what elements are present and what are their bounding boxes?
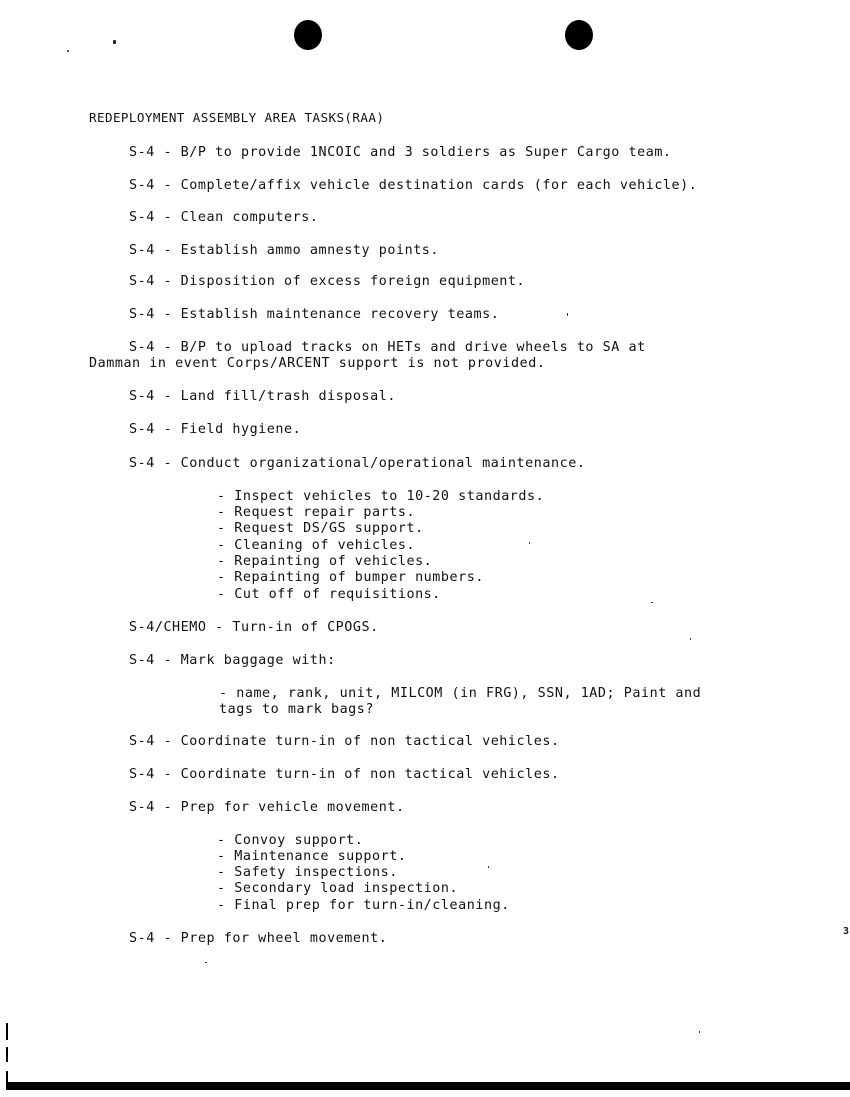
task-item: S-4 - Establish ammo amnesty points. [129, 243, 439, 259]
subtask-item: - Inspect vehicles to 10-20 standards. [217, 489, 544, 505]
punch-hole-right [565, 20, 593, 50]
task-item-continuation: Damman in event Corps/ARCENT support is … [89, 356, 545, 372]
task-item: S-4/CHEMO - Turn-in of CPOGS. [129, 620, 379, 636]
scan-speck [567, 313, 568, 316]
task-item: S-4 - Establish maintenance recovery tea… [129, 307, 499, 323]
task-item: S-4 - Prep for wheel movement. [129, 931, 387, 947]
task-item: S-4 - Coordinate turn-in of non tactical… [129, 734, 560, 750]
document-title: REDEPLOYMENT ASSEMBLY AREA TASKS(RAA) [89, 110, 384, 126]
scan-speck [699, 1031, 700, 1033]
scan-speck [67, 50, 69, 52]
task-item: S-4 - Mark baggage with: [129, 653, 336, 669]
task-item: S-4 - Complete/affix vehicle destination… [129, 178, 697, 194]
task-item: S-4 - Disposition of excess foreign equi… [129, 274, 525, 290]
task-item: S-4 - B/P to provide 1NCOIC and 3 soldie… [129, 145, 672, 161]
task-item: S-4 - B/P to upload tracks on HETs and d… [129, 340, 646, 356]
document-page: REDEPLOYMENT ASSEMBLY AREA TASKS(RAA) S-… [0, 0, 850, 1097]
task-item: S-4 - Clean computers. [129, 210, 318, 226]
subtask-item-continuation: tags to mark bags? [219, 702, 374, 718]
subtask-item: - Repainting of bumper numbers. [217, 570, 484, 586]
subtask-item: - Convoy support. [217, 833, 363, 849]
task-item: S-4 - Prep for vehicle movement. [129, 800, 405, 816]
subtask-item: - Maintenance support. [217, 849, 406, 865]
task-item: S-4 - Coordinate turn-in of non tactical… [129, 767, 560, 783]
task-item: S-4 - Land fill/trash disposal. [129, 389, 396, 405]
subtask-item: - Repainting of vehicles. [217, 554, 432, 570]
margin-mark: 3 [843, 928, 849, 936]
scan-speck [205, 962, 207, 963]
subtask-item: - Cleaning of vehicles. [217, 538, 415, 554]
subtask-item: - Final prep for turn-in/cleaning. [217, 898, 510, 914]
scan-speck [690, 638, 691, 640]
subtask-item: - Request DS/GS support. [217, 521, 424, 537]
scan-edge-left [6, 1023, 8, 1040]
subtask-item: - name, rank, unit, MILCOM (in FRG), SSN… [219, 686, 701, 702]
scan-speck [651, 602, 653, 603]
punch-hole-left [294, 20, 322, 50]
subtask-item: - Secondary load inspection. [217, 881, 458, 897]
scan-edge-bottom [6, 1082, 850, 1090]
scan-edge-left [6, 1047, 8, 1062]
scan-speck [113, 40, 116, 44]
task-item: S-4 - Conduct organizational/operational… [129, 456, 585, 472]
subtask-item: - Request repair parts. [217, 505, 415, 521]
scan-speck [529, 542, 530, 544]
task-item: S-4 - Field hygiene. [129, 422, 301, 438]
subtask-item: - Safety inspections. [217, 865, 398, 881]
subtask-item: - Cut off of requisitions. [217, 587, 441, 603]
scan-speck [488, 866, 489, 868]
